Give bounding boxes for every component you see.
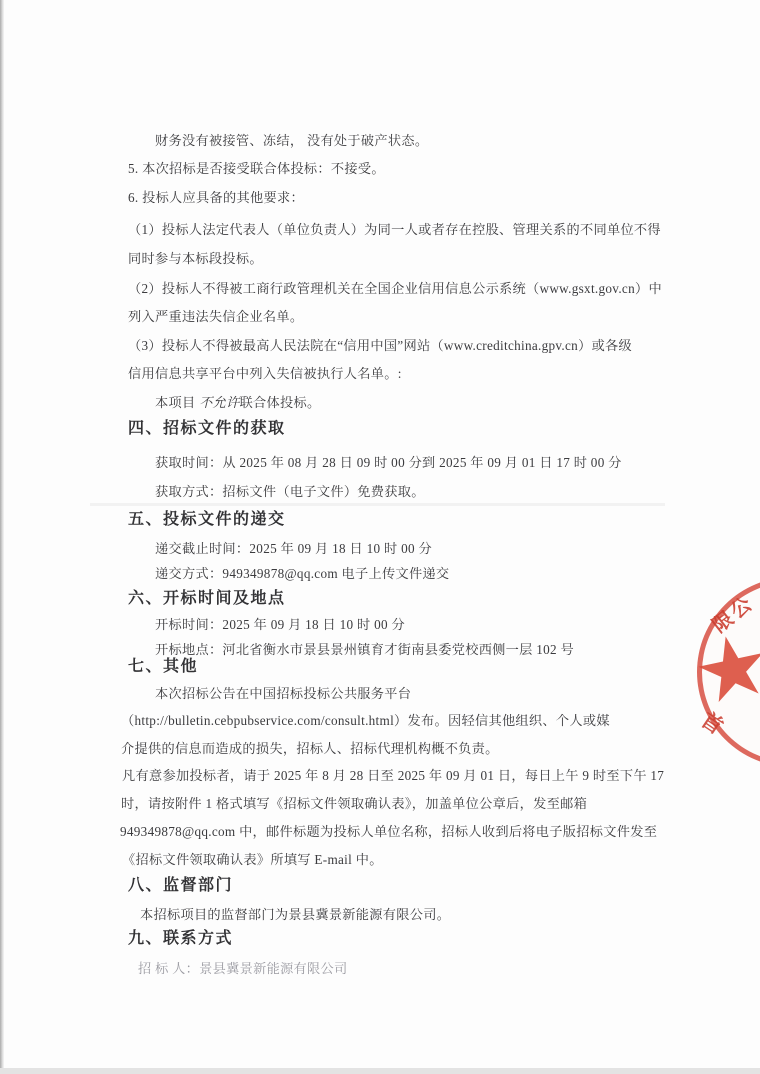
para-no-consortium-emphasis: 不允许 bbox=[199, 395, 239, 410]
para-req-3-line-2: 信用信息共享平台中列入失信被执行人名单。: bbox=[128, 366, 402, 382]
heading-section-7-other: 七、其他 bbox=[128, 657, 198, 676]
para-opening-time: 开标时间：2025 年 09 月 18 日 10 时 00 分 bbox=[155, 617, 405, 633]
para-acquisition-time: 获取时间：从 2025 年 08 月 28 日 09 时 00 分到 2025 … bbox=[155, 455, 622, 471]
para-no-consortium-suffix: 联合体投标。 bbox=[240, 395, 321, 410]
para-item-6-other-requirements: 6. 投标人应具备的其他要求： bbox=[128, 190, 304, 206]
para-req-3-line-1: （3）投标人不得被最高人民法院在“信用中国”网站（www.creditchina… bbox=[128, 338, 632, 354]
para-req-2-line-2: 列入严重违法失信企业名单。 bbox=[128, 309, 303, 325]
heading-section-8-supervision: 八、监督部门 bbox=[128, 876, 233, 895]
para-announcement-platform: 本次招标公告在中国招标投标公共服务平台 bbox=[155, 686, 411, 702]
para-tenderer-name: 招 标 人：景县冀景新能源有限公司 bbox=[138, 961, 348, 977]
para-supervision-department: 本招标项目的监督部门为景县冀景新能源有限公司。 bbox=[140, 907, 450, 923]
scan-artifact-streak bbox=[90, 503, 665, 506]
para-req-1-line-2: 同时参与本标段投标。 bbox=[128, 251, 263, 267]
scanned-document-page: 财务没有被接管、冻结， 没有处于破产状态。 5. 本次招标是否接受联合体投标：不… bbox=[0, 0, 760, 1074]
para-req-1-line-1: （1）投标人法定代表人（单位负责人）为同一人或者存在控股、管理关系的不同单位不得 bbox=[128, 222, 661, 238]
heading-section-9-contact: 九、联系方式 bbox=[128, 929, 233, 948]
heading-section-5-bid-submission: 五、投标文件的递交 bbox=[128, 510, 286, 529]
heading-section-4-document-acquisition: 四、招标文件的获取 bbox=[128, 419, 286, 438]
para-financial-status: 财务没有被接管、冻结， 没有处于破产状态。 bbox=[155, 133, 428, 149]
para-opening-location: 开标地点：河北省衡水市景县景州镇育才街南县委党校西侧一层 102 号 bbox=[155, 642, 574, 658]
para-no-consortium: 本项目 不允许联合体投标。 bbox=[155, 395, 320, 411]
para-participation-line-4: 《招标文件领取确认表》所填写 E-mail 中。 bbox=[122, 852, 383, 868]
para-submission-method: 递交方式：949349878@qq.com 电子上传文件递交 bbox=[155, 566, 449, 582]
para-platform-url-line: （http://bulletin.cebpubservice.com/consu… bbox=[121, 713, 610, 729]
para-participation-line-2: 时，请按附件 1 格式填写《招标文件领取确认表》，加盖单位公章后，发至邮箱 bbox=[121, 796, 587, 812]
para-no-consortium-prefix: 本项目 bbox=[155, 395, 199, 410]
para-disclaimer-line: 介提供的信息而造成的损失，招标人、招标代理机构概不负责。 bbox=[121, 741, 499, 757]
scan-edge-shadow-left bbox=[0, 0, 4, 1074]
para-req-2-line-1: （2）投标人不得被工商行政管理机关在全国企业信用信息公示系统（www.gsxt.… bbox=[128, 281, 662, 297]
heading-section-6-bid-opening: 六、开标时间及地点 bbox=[128, 589, 286, 608]
scan-edge-shadow-bottom bbox=[0, 1068, 760, 1074]
para-item-5-consortium: 5. 本次招标是否接受联合体投标：不接受。 bbox=[128, 161, 385, 177]
para-submission-deadline: 递交截止时间：2025 年 09 月 18 日 10 时 00 分 bbox=[155, 541, 432, 557]
para-acquisition-method: 获取方式：招标文件（电子文件）免费获取。 bbox=[155, 484, 425, 500]
para-participation-line-1: 凡有意参加投标者，请于 2025 年 8 月 28 日至 2025 年 09 月… bbox=[122, 768, 664, 784]
para-participation-line-3: 949349878@qq.com 中，邮件标题为投标人单位名称，招标人收到后将电… bbox=[120, 824, 657, 840]
